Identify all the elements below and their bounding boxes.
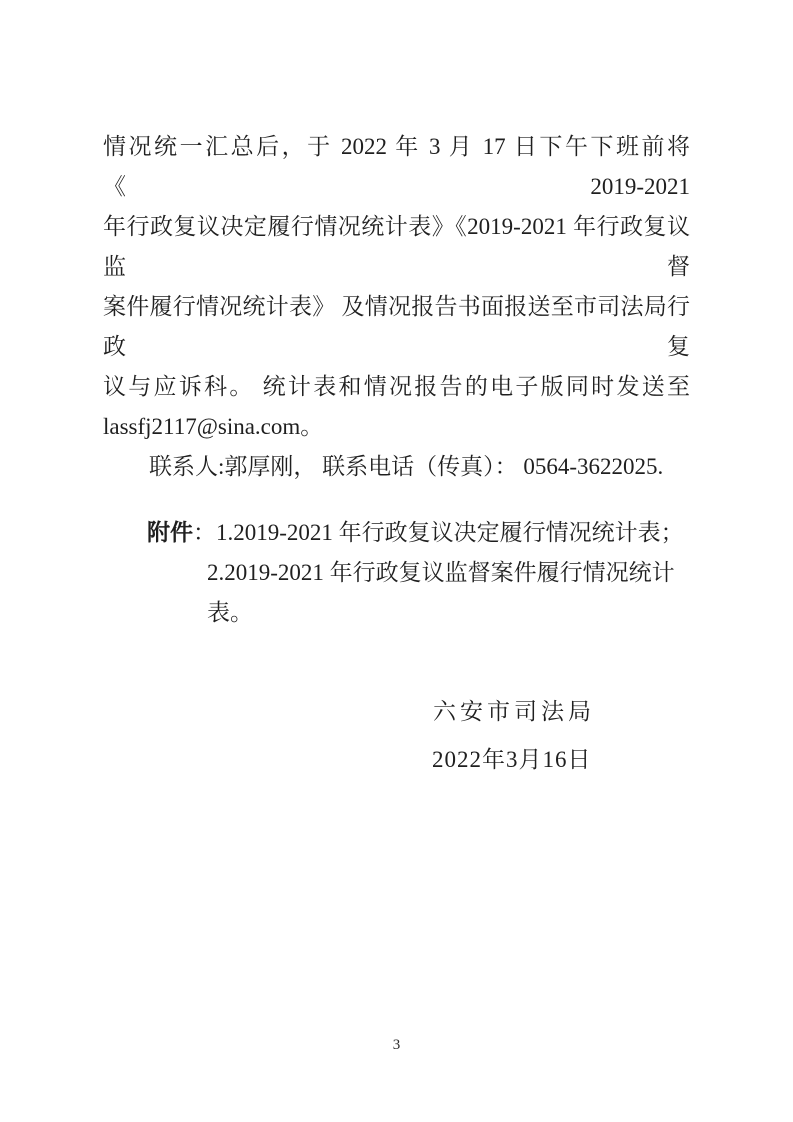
signature-organization: 六安市司法局	[433, 692, 690, 732]
attachment-item-1: 附件：1.2019-2021 年行政复议决定履行情况统计表；	[147, 513, 690, 553]
body-paragraph: 情况统一汇总后，于 2022 年 3 月 17 日下午下班前将《2019-202…	[103, 127, 690, 447]
signature-block: 六安市司法局 2022年3月16日	[103, 692, 690, 780]
paragraph-line: 情况统一汇总后，于 2022 年 3 月 17 日下午下班前将《2019-202…	[103, 127, 690, 207]
paragraph-line: 案件履行情况统计表》 及情况报告书面报送至市司法局行政复	[103, 287, 690, 367]
attachment-item-1-text: 1.2019-2021 年行政复议决定履行情况统计表；	[216, 520, 684, 545]
document-page: 情况统一汇总后，于 2022 年 3 月 17 日下午下班前将《2019-202…	[0, 0, 793, 1122]
paragraph-line: 议与应诉科。 统计表和情况报告的电子版同时发送至	[103, 367, 690, 407]
email-line: lassfj2117@sina.com。	[103, 407, 690, 447]
page-number: 3	[0, 1036, 793, 1054]
contact-info-line: 联系人:郭厚刚， 联系电话（传真）： 0564-3622025.	[103, 447, 690, 487]
signature-date: 2022年3月16日	[432, 740, 690, 780]
paragraph-line: 年行政复议决定履行情况统计表》《2019-2021 年行政复议监督	[103, 207, 690, 287]
attachment-list: 附件：1.2019-2021 年行政复议决定履行情况统计表； 2.2019-20…	[103, 513, 690, 633]
attachment-item-2: 2.2019-2021 年行政复议监督案件履行情况统计表。	[207, 553, 690, 633]
attachment-colon: ：	[193, 520, 216, 545]
document-content: 情况统一汇总后，于 2022 年 3 月 17 日下午下班前将《2019-202…	[0, 0, 793, 780]
attachment-label: 附件	[147, 520, 193, 545]
